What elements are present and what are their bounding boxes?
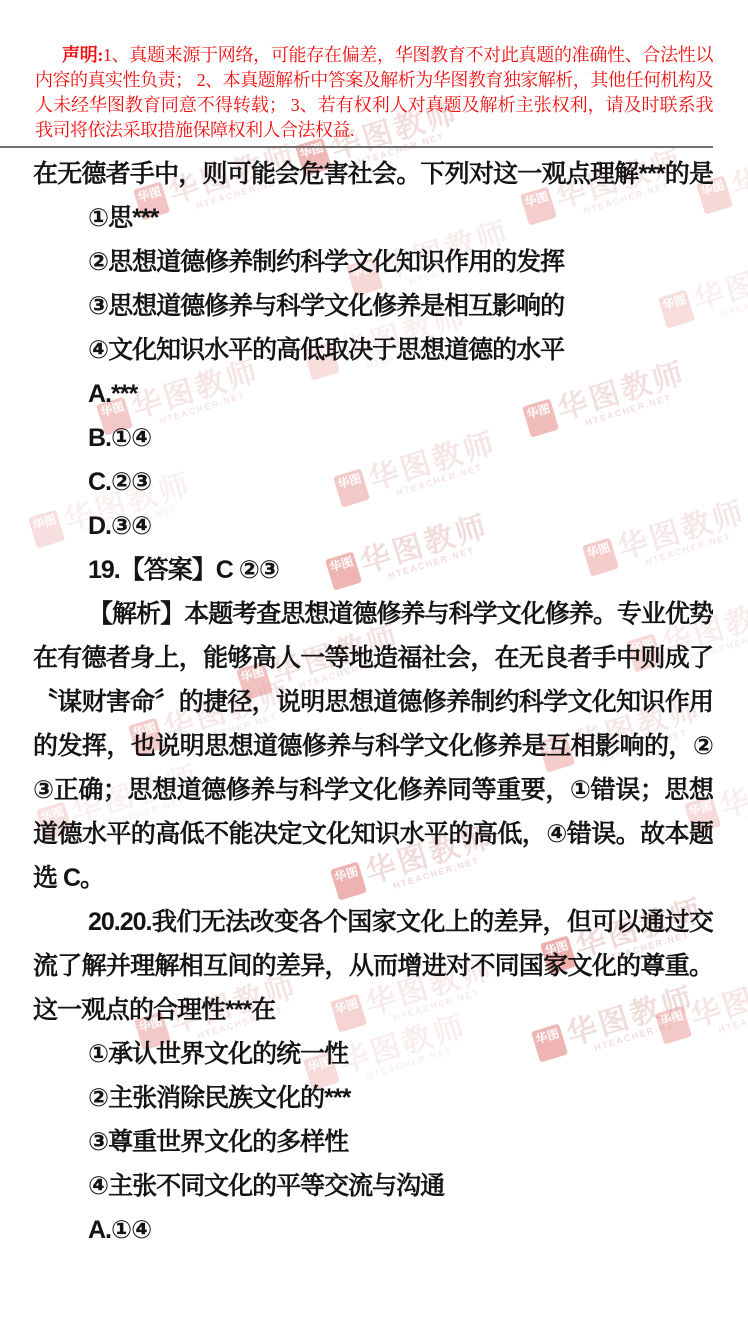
text-line: A.①④: [88, 1208, 713, 1252]
exam-document-page: 华图华图教师HTEACHER.NET华图华图教师HTEACHER.NET华图华图…: [0, 0, 748, 1335]
text-line: 〝谋财害命〞的捷径，说明思想道德修养制约科学文化知识作用: [33, 680, 713, 724]
text-line: C.②③: [88, 460, 713, 504]
text-line: 【解析】本题考查思想道德修养与科学文化修养。专业优势: [33, 592, 713, 636]
disclaimer-line: 内容的真实性负责； 2、本真题解析中答案及解析为华图教育独家解析，其他任何机构及…: [35, 68, 713, 93]
disclaimer-notice: 声明:1、真题来源于网络，可能存在偏差，华图教育不对此真题的准确性、合法性以及 …: [0, 0, 748, 143]
text-line: B.①④: [88, 416, 713, 460]
disclaimer-prefix: 声明:: [62, 45, 103, 65]
text-line: ④主张不同文化的平等交流与沟通: [88, 1164, 713, 1208]
disclaimer-line-text: 1、真题来源于网络，可能存在偏差，华图教育不对此真题的准确性、合法性以及: [35, 45, 713, 68]
text-line: 选 C。: [33, 856, 713, 900]
text-line: 在有德者身上，能够高人一等地造福社会，在无良者手中则成了: [33, 636, 713, 680]
text-line: 这一观点的合理性***在: [33, 988, 713, 1032]
disclaimer-line: 我司将依法采取措施保障权利人合法权益.: [35, 118, 713, 143]
text-line: 道德水平的高低不能决定文化知识水平的高低，④错误。故本题: [33, 812, 713, 856]
disclaimer-line: 声明:1、真题来源于网络，可能存在偏差，华图教育不对此真题的准确性、合法性以及: [35, 43, 713, 68]
disclaimer-line: 人未经华图教育同意不得转载； 3、若有权利人对真题及解析主张权利，请及时联系我司…: [35, 93, 713, 118]
text-line: 在无德者手中，则可能会危害社会。下列对这一观点理解***的是: [33, 152, 713, 196]
text-line: ③正确；思想道德修养与科学文化修养同等重要，①错误；思想: [33, 768, 713, 812]
text-line: ③尊重世界文化的多样性: [88, 1120, 713, 1164]
text-line: ④文化知识水平的高低取决于思想道德的水平: [88, 328, 713, 372]
text-line: ②主张消除民族文化的***: [88, 1076, 713, 1120]
text-line: ②思想道德修养制约科学文化知识作用的发挥: [88, 240, 713, 284]
question-content: 在无德者手中，则可能会危害社会。下列对这一观点理解***的是①思***②思想道德…: [0, 148, 748, 1252]
text-line: ①承认世界文化的统一性: [88, 1032, 713, 1076]
text-line: A.***: [88, 372, 713, 416]
text-line: ①思***: [88, 196, 713, 240]
text-line: 19.【答案】C ②③: [88, 548, 713, 592]
text-line: 流了解并理解相互间的差异，从而增进对不同国家文化的尊重。: [33, 944, 713, 988]
text-line: 20.20.我们无法改变各个国家文化上的差异，但可以通过交: [33, 900, 713, 944]
text-line: ③思想道德修养与科学文化修养是相互影响的: [88, 284, 713, 328]
text-line: D.③④: [88, 504, 713, 548]
text-line: 的发挥，也说明思想道德修养与科学文化修养是互相影响的，②: [33, 724, 713, 768]
